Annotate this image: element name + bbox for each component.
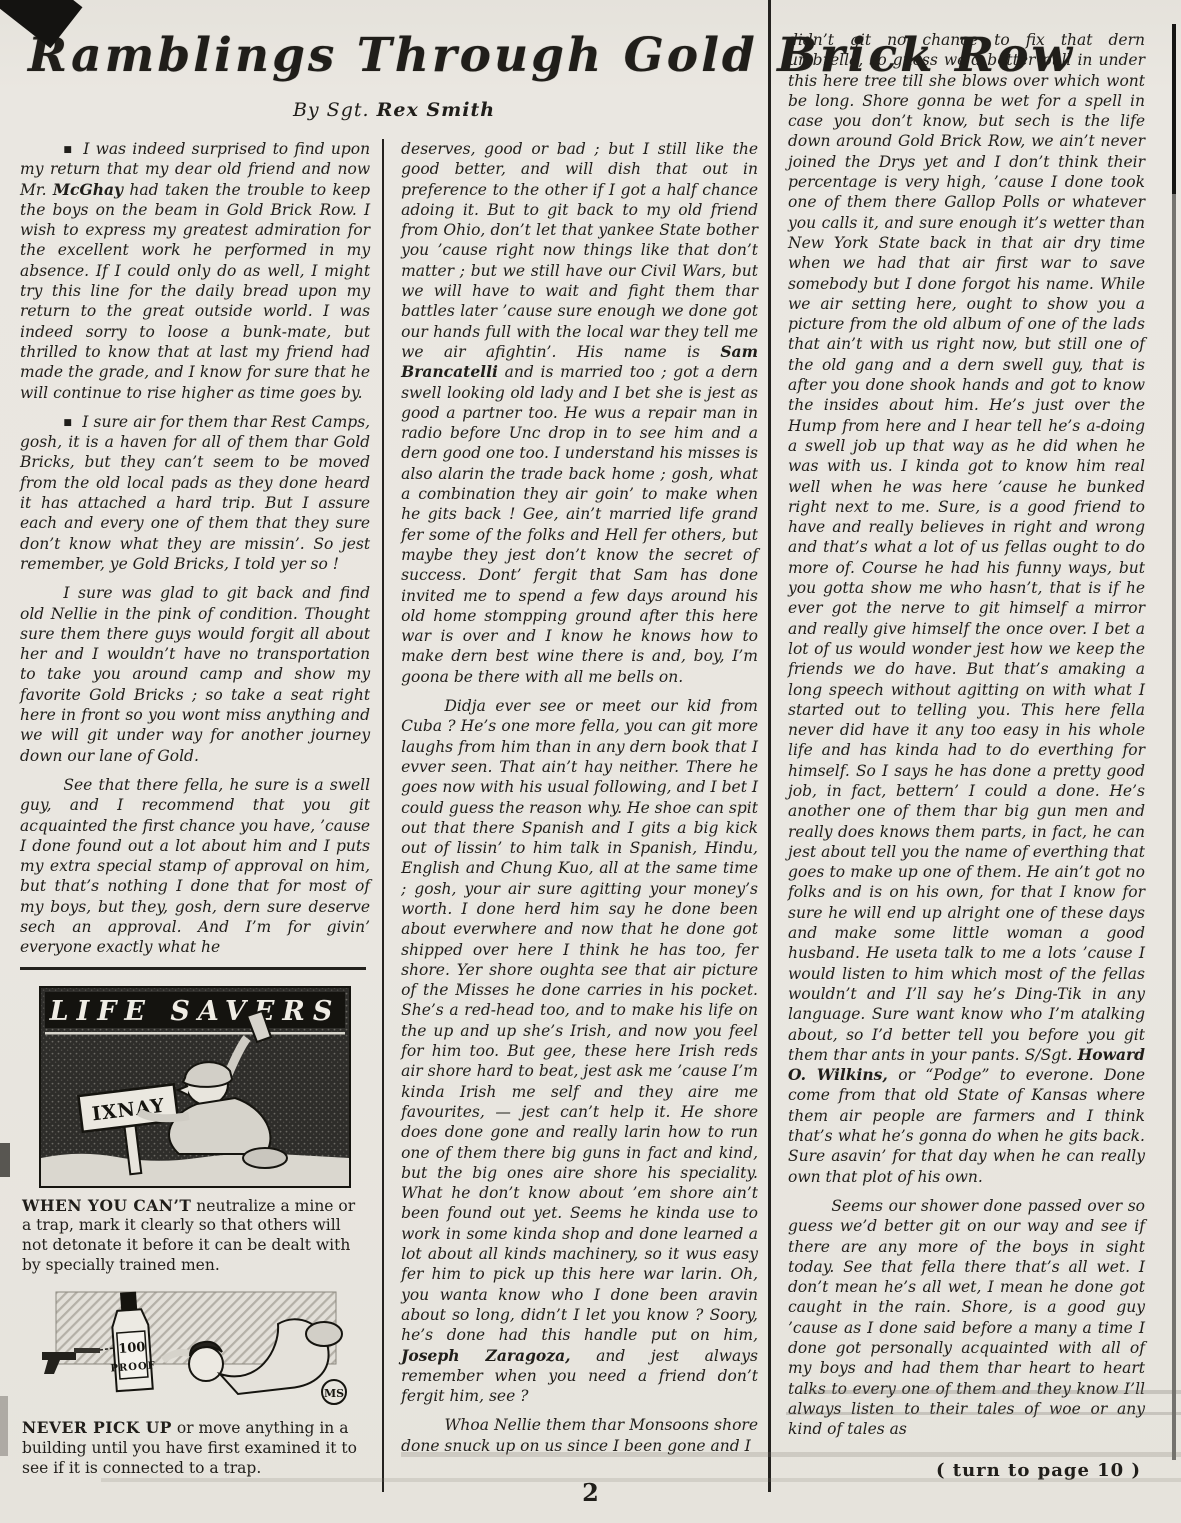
- square-bullet-icon: ■: [63, 145, 73, 155]
- paragraph: I sure was glad to git back and find old…: [20, 583, 370, 766]
- column-3: didn’t git no chance to fix that dern um…: [768, 0, 1161, 1492]
- text-run: Whoa Nellie them thar Monsoons shore don…: [401, 1416, 758, 1454]
- byline-author: Rex Smith: [377, 99, 495, 121]
- paragraph: deserves, good or bad ; but I still like…: [401, 139, 758, 687]
- text-run: and is married too ; got a dern swell lo…: [401, 363, 758, 685]
- paragraph: Didja ever see or meet our kid from Cuba…: [401, 696, 758, 1406]
- paragraph: ■I sure air for them thar Rest Camps, go…: [20, 412, 370, 574]
- left-section: Ramblings Through Gold Brick Row By Sgt.…: [0, 0, 768, 1492]
- page-number: 2: [0, 1478, 1181, 1507]
- paragraph: Whoa Nellie them thar Monsoons shore don…: [401, 1415, 758, 1456]
- column-2-text: deserves, good or bad ; but I still like…: [401, 139, 758, 1456]
- booby-trap-caption: NEVER PICK UP or move anything in a buil…: [22, 1418, 368, 1478]
- columns-1-2: ■I was indeed surprised to find upon my …: [20, 139, 768, 1492]
- column-1: ■I was indeed surprised to find upon my …: [20, 139, 382, 1492]
- text-run: Joseph Zaragoza,: [401, 1346, 570, 1365]
- text-run: deserves, good or bad ; but I still like…: [401, 140, 758, 361]
- article-header: Ramblings Through Gold Brick Row By Sgt.…: [20, 0, 768, 121]
- column-1-text: ■I was indeed surprised to find upon my …: [20, 139, 370, 958]
- page-title: Ramblings Through Gold Brick Row: [20, 22, 768, 83]
- text-run: I sure was glad to git back and find old…: [20, 584, 370, 764]
- life-savers-caption: WHEN YOU CAN’T neutralize a mine or a tr…: [22, 1196, 368, 1276]
- text-run: didn’t git no chance to fix that dern um…: [788, 31, 1145, 1064]
- column-3-text: didn’t git no chance to fix that dern um…: [788, 30, 1145, 1439]
- text-run: See that there fella, he sure is a swell…: [20, 776, 370, 956]
- byline-prefix: By Sgt.: [293, 99, 377, 121]
- page-layout: Ramblings Through Gold Brick Row By Sgt.…: [0, 0, 1181, 1492]
- banner-title: LIFE SAVERS: [49, 996, 341, 1027]
- text-run: McGhay: [53, 180, 123, 199]
- life-savers-cartoon: LIFE SAVERS IXNAY: [39, 986, 351, 1188]
- byline: By Sgt. Rex Smith: [20, 99, 768, 121]
- square-bullet-icon: ■: [63, 418, 72, 428]
- paragraph: didn’t git no chance to fix that dern um…: [788, 30, 1145, 1187]
- column-2: deserves, good or bad ; but I still like…: [382, 139, 768, 1492]
- text-run: had taken the trouble to keep the boys o…: [20, 181, 370, 402]
- svg-text:100: 100: [118, 1340, 146, 1357]
- text-run: Seems our shower done passed over so gue…: [788, 1197, 1145, 1438]
- caption-lead: NEVER PICK UP: [22, 1418, 172, 1437]
- paragraph: Seems our shower done passed over so gue…: [788, 1196, 1145, 1440]
- horizontal-rule: [20, 967, 366, 970]
- text-run: Didja ever see or meet our kid from Cuba…: [401, 697, 758, 1344]
- paragraph: See that there fella, he sure is a swell…: [20, 775, 370, 958]
- artist-monogram: MS: [324, 1387, 344, 1400]
- scanned-newsletter-page: Ramblings Through Gold Brick Row By Sgt.…: [0, 0, 1181, 1523]
- booby-trap-cartoon: 100 PROOF MS: [28, 1290, 362, 1410]
- caption-lead: WHEN YOU CAN’T: [22, 1196, 191, 1215]
- text-run: I sure air for them thar Rest Camps, gos…: [20, 413, 370, 573]
- paragraph: ■I was indeed surprised to find upon my …: [20, 139, 370, 403]
